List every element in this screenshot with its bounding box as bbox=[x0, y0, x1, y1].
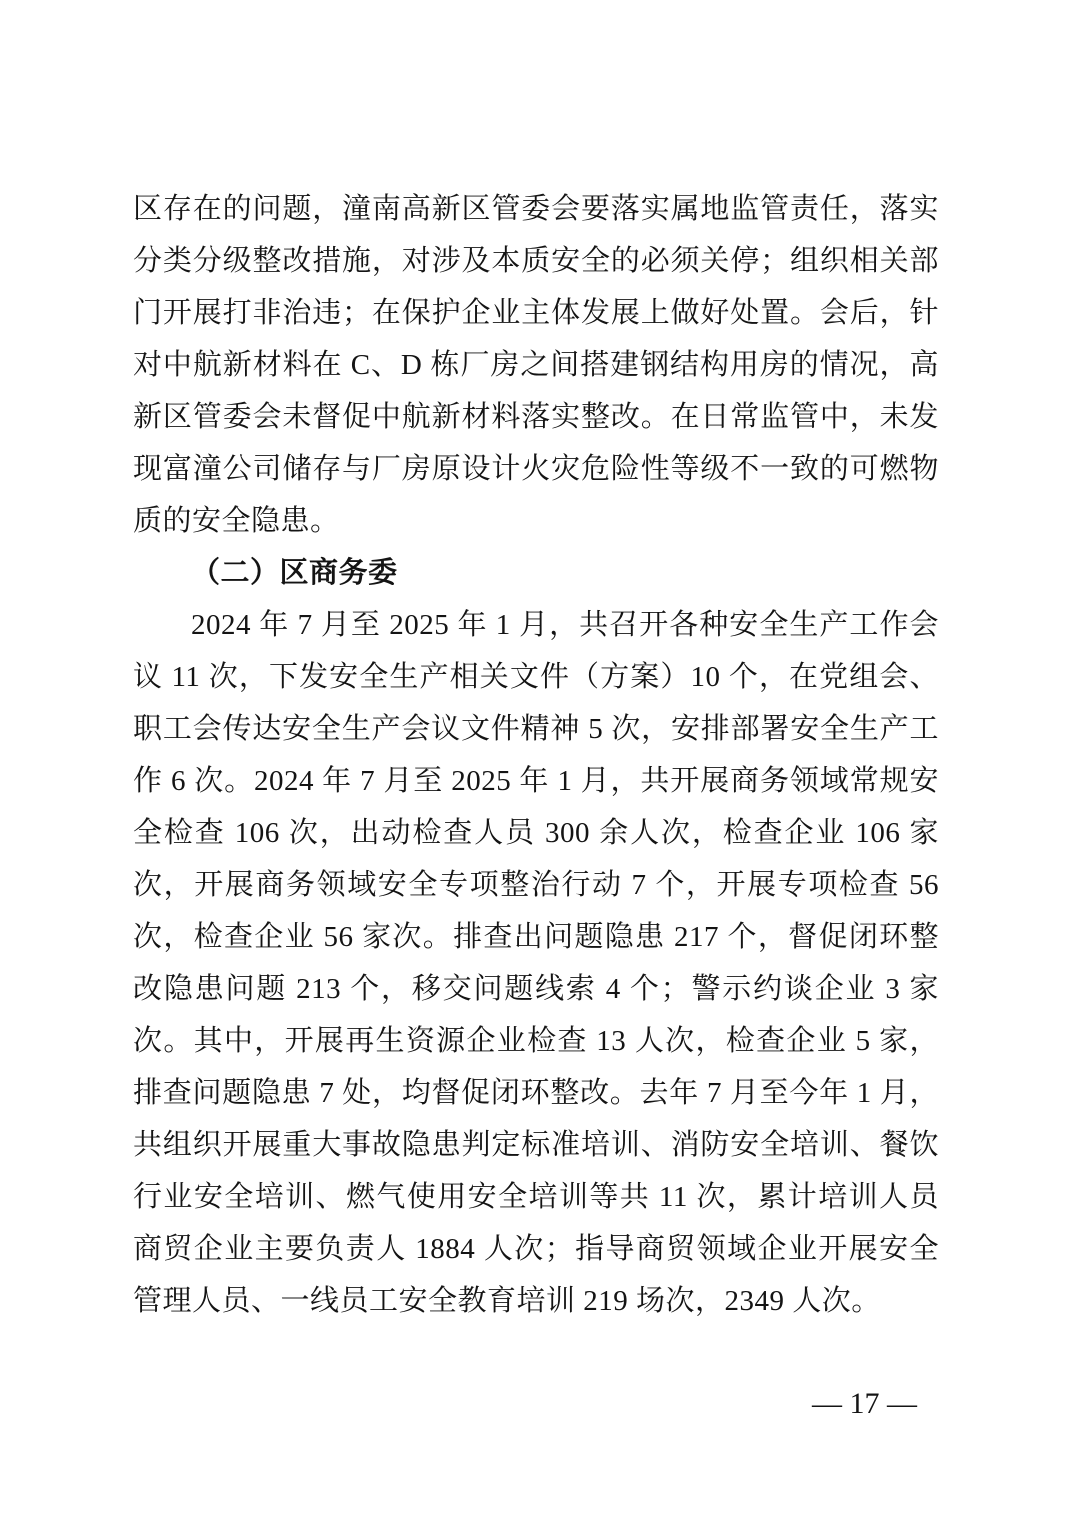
document-page: 区存在的问题，潼南高新区管委会要落实属地监管责任，落实分类分级整改措施，对涉及本… bbox=[0, 0, 1074, 1520]
page-body: 区存在的问题，潼南高新区管委会要落实属地监管责任，落实分类分级整改措施，对涉及本… bbox=[133, 183, 939, 1327]
paragraph-body: 2024 年 7 月至 2025 年 1 月，共召开各种安全生产工作会议 11 … bbox=[133, 599, 939, 1327]
page-number: — 17 — bbox=[812, 1384, 917, 1424]
section-heading: （二）区商务委 bbox=[133, 547, 939, 599]
paragraph-continuation: 区存在的问题，潼南高新区管委会要落实属地监管责任，落实分类分级整改措施，对涉及本… bbox=[133, 183, 939, 547]
